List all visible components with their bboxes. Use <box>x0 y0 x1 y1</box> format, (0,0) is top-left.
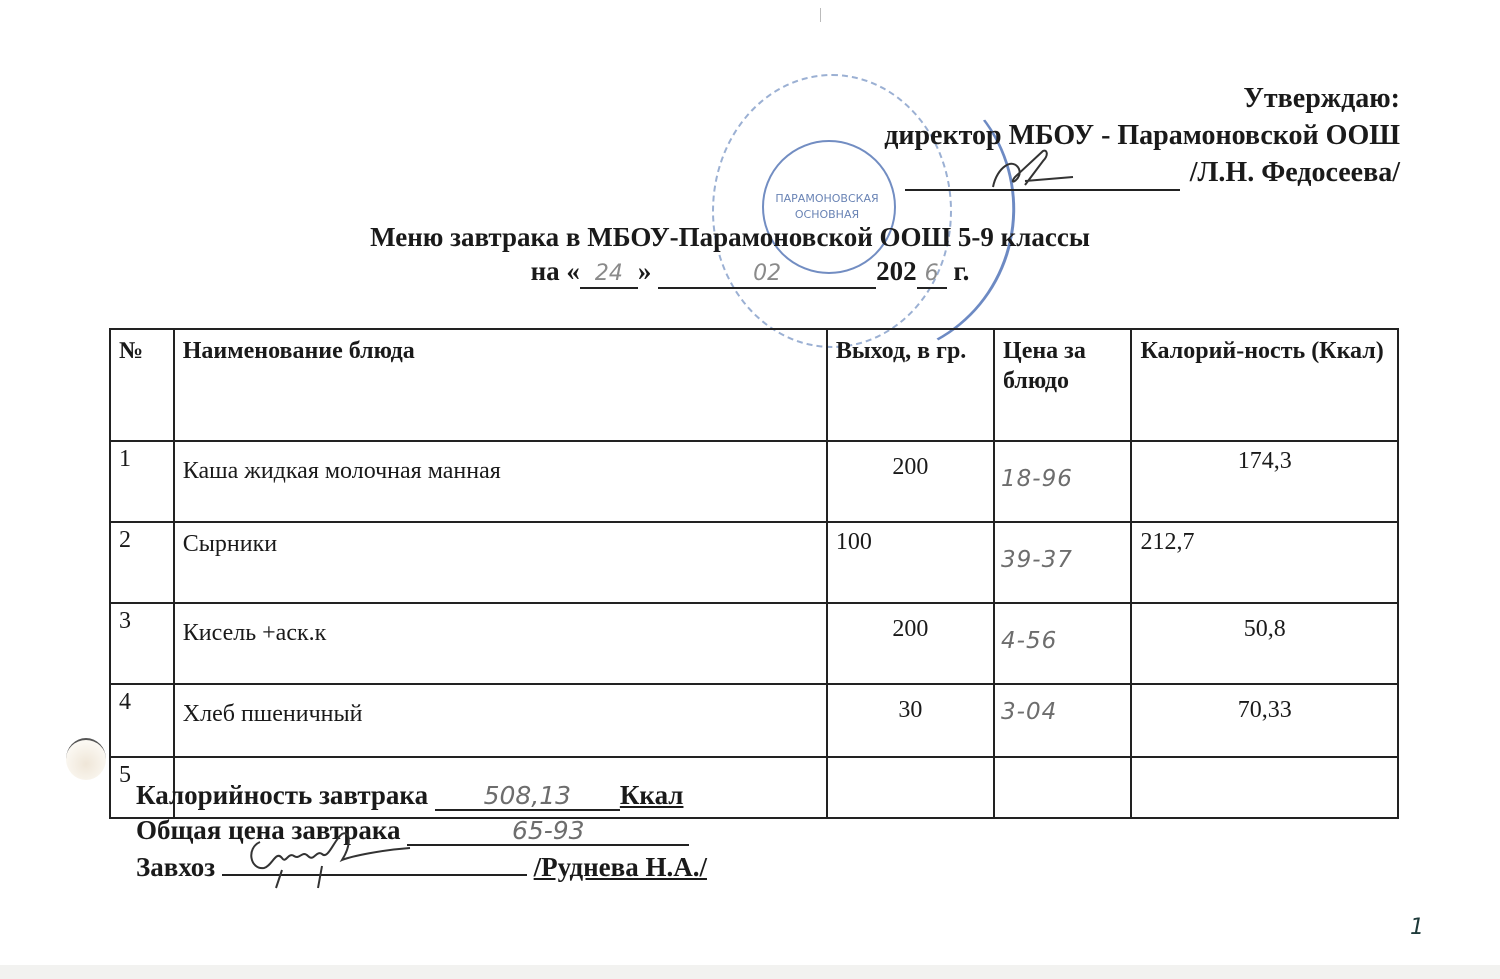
dish-yield: 200 <box>827 603 994 684</box>
keeper-label: Завхоз <box>136 852 215 882</box>
calories-label: Калорийность завтрака <box>136 780 428 810</box>
stain-mark <box>66 738 106 780</box>
menu-title: Меню завтрака в МБОУ-Парамоновской ООШ 5… <box>0 220 1500 289</box>
approval-position: директор МБОУ - Парамоновской ООШ <box>884 117 1400 154</box>
keeper-name: /Руднева Н.А./ <box>534 852 707 882</box>
calories-total-field: 508,13 <box>435 783 620 811</box>
dish-calories: 50,8 <box>1131 603 1398 684</box>
page-edge <box>0 965 1500 979</box>
calories-unit: Ккал <box>620 780 684 810</box>
row-number: 1 <box>110 441 174 522</box>
director-signature-line <box>905 161 1180 191</box>
keeper-signature-line <box>222 848 527 876</box>
date-month-field: 02 <box>658 261 876 289</box>
dish-price: 3-04 <box>994 684 1131 757</box>
dish-calories: 174,3 <box>1131 441 1398 522</box>
dish-price: 39-37 <box>994 522 1131 603</box>
dish-calories: 212,7 <box>1131 522 1398 603</box>
stamp-text-line1: ПАРАМОНОВСКАЯ <box>762 192 892 205</box>
dish-price: 18-96 <box>994 441 1131 522</box>
header-number: № <box>110 329 174 441</box>
menu-table: № Наименование блюда Выход, в гр. Цена з… <box>109 328 1399 819</box>
dish-name: Хлеб пшеничный <box>174 684 827 757</box>
dish-name: Кисель +аск.к <box>174 603 827 684</box>
header-dish-name: Наименование блюда <box>174 329 827 441</box>
table-row: 2 Сырники 100 39-37 212,7 <box>110 522 1398 603</box>
page-number-mark: 1 <box>1410 915 1424 940</box>
dish-price <box>994 757 1131 818</box>
dish-yield <box>827 757 994 818</box>
summary-price-row: Общая цена завтрака 65-93 <box>136 813 707 848</box>
approval-block: Утверждаю: директор МБОУ - Парамоновской… <box>884 80 1400 191</box>
row-number: 4 <box>110 684 174 757</box>
date-prefix: на « <box>531 256 580 286</box>
dish-yield: 100 <box>827 522 994 603</box>
approval-heading: Утверждаю: <box>884 80 1400 117</box>
scan-mark <box>820 8 821 22</box>
dish-calories <box>1131 757 1398 818</box>
dish-name: Каша жидкая молочная манная <box>174 441 827 522</box>
table-row: 1 Каша жидкая молочная манная 200 18-96 … <box>110 441 1398 522</box>
director-name: /Л.Н. Федосеева/ <box>1190 154 1400 191</box>
price-total-field: 65-93 <box>407 818 689 846</box>
header-price: Цена за блюдо <box>994 329 1131 441</box>
menu-title-line: Меню завтрака в МБОУ-Парамоновской ООШ 5… <box>0 220 1500 254</box>
dish-calories: 70,33 <box>1131 684 1398 757</box>
row-number: 2 <box>110 522 174 603</box>
dish-yield: 30 <box>827 684 994 757</box>
menu-date-line: на «24» 022026 г. <box>0 254 1500 289</box>
summary-calories-row: Калорийность завтрака 508,13Ккал <box>136 778 707 813</box>
date-quote-close: » <box>638 256 652 286</box>
table-row: 3 Кисель +аск.к 200 4-56 50,8 <box>110 603 1398 684</box>
date-year-field: 6 <box>917 261 947 289</box>
row-number: 3 <box>110 603 174 684</box>
summary-keeper-row: Завхоз /Руднева Н.А./ <box>136 848 707 885</box>
dish-yield: 200 <box>827 441 994 522</box>
summary-block: Калорийность завтрака 508,13Ккал Общая ц… <box>136 778 707 885</box>
table-header-row: № Наименование блюда Выход, в гр. Цена з… <box>110 329 1398 441</box>
dish-price: 4-56 <box>994 603 1131 684</box>
dish-name: Сырники <box>174 522 827 603</box>
header-calories: Калорий-ность (Ккал) <box>1131 329 1398 441</box>
price-label: Общая цена завтрака <box>136 815 401 845</box>
date-suffix: г. <box>953 256 969 286</box>
header-yield: Выход, в гр. <box>827 329 994 441</box>
date-day-field: 24 <box>580 261 638 289</box>
table-row: 4 Хлеб пшеничный 30 3-04 70,33 <box>110 684 1398 757</box>
date-year-prefix: 202 <box>876 256 917 286</box>
